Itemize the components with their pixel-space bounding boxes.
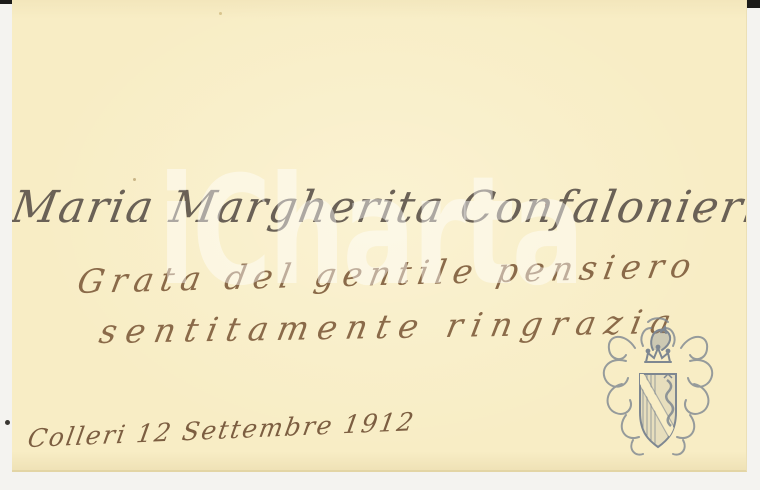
paper-speck — [219, 12, 222, 15]
crown-icon — [645, 346, 671, 362]
scan-background: Maria Margherita Confalonieri Grata del … — [0, 0, 760, 490]
lion-crest-icon — [651, 327, 670, 350]
shield-icon — [635, 371, 681, 454]
paper-speck — [133, 178, 136, 181]
confalonieri-coat-of-arms — [595, 316, 721, 470]
handwritten-dateline: Colleri 12 Settembre 1912 — [26, 407, 418, 453]
visiting-card: Maria Margherita Confalonieri Grata del … — [12, 0, 747, 472]
scan-artifact-dot — [5, 420, 10, 425]
handwritten-line-1: Grata del gentile pensiero — [74, 246, 701, 301]
printed-name: Maria Margherita Confalonieri — [12, 182, 747, 233]
